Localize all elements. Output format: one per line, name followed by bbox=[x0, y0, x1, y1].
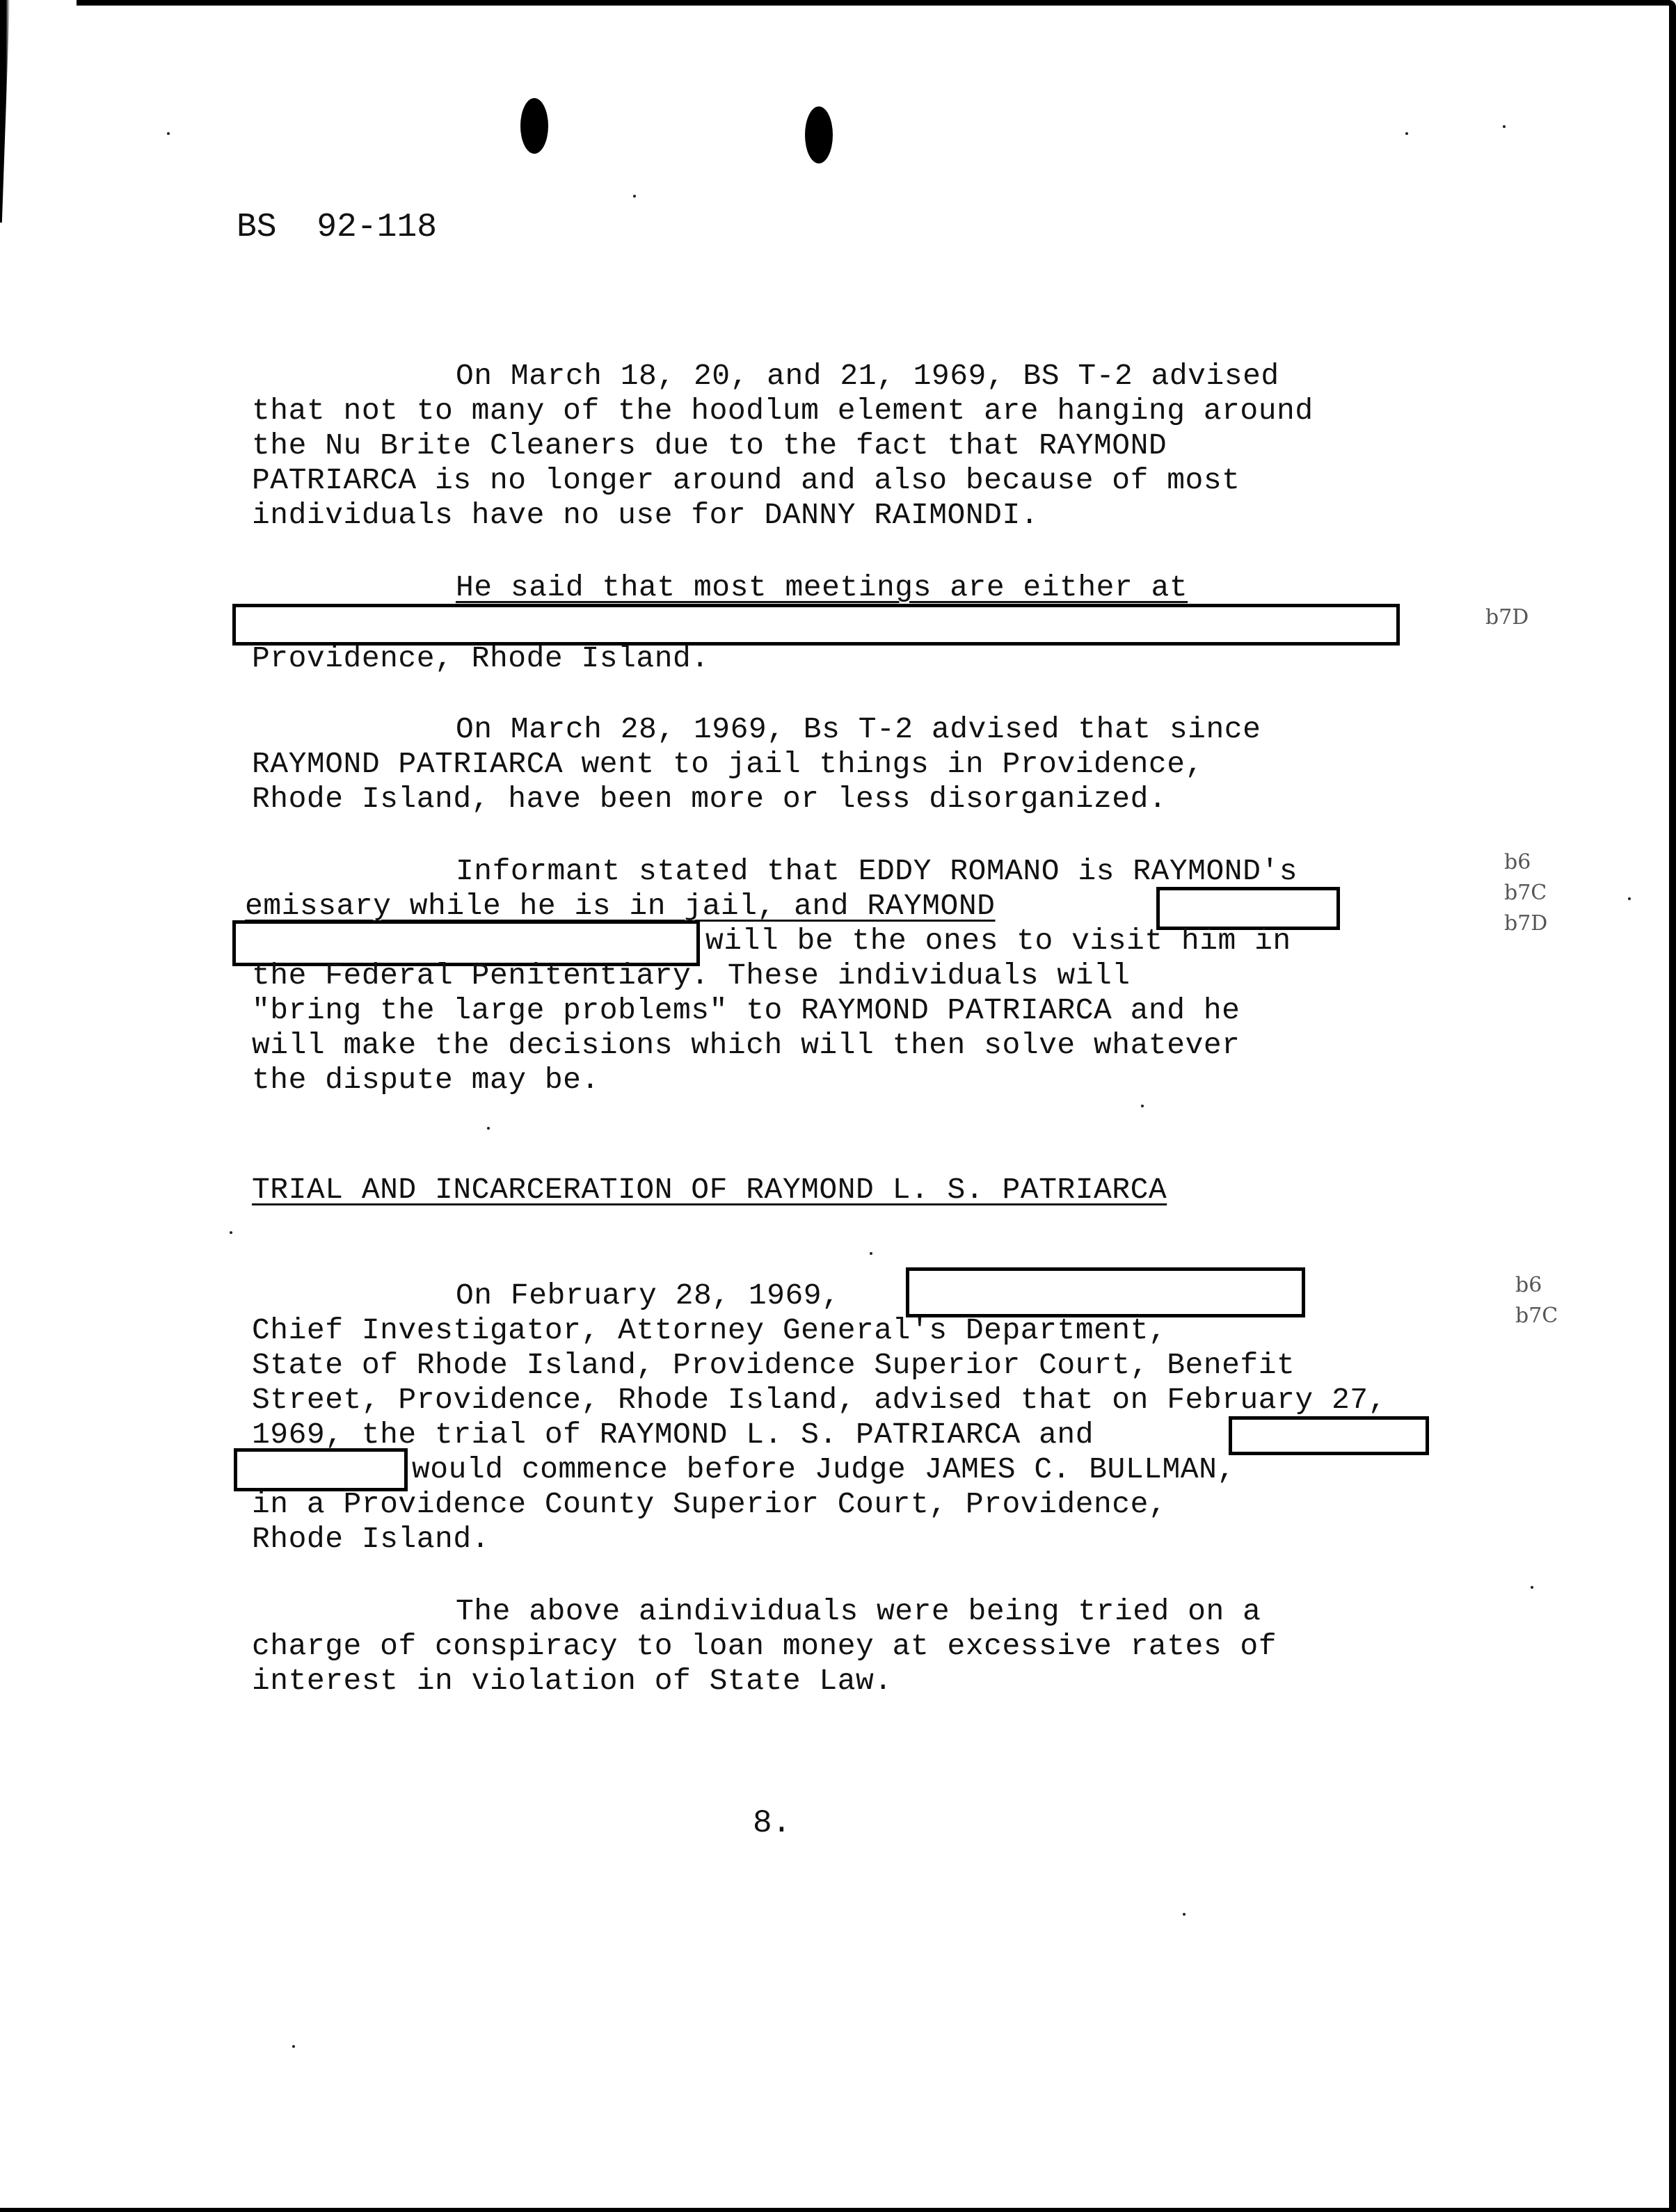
file-number: BS 92-118 bbox=[237, 209, 437, 246]
scan-edge-right bbox=[1669, 0, 1676, 2212]
section-heading: TRIAL AND INCARCERATION OF RAYMOND L. S.… bbox=[252, 1173, 1167, 1208]
paragraph-2-line-2: Providence, Rhode Island. bbox=[252, 641, 710, 676]
scan-speck bbox=[292, 2045, 295, 2048]
scan-speck bbox=[1141, 1105, 1144, 1107]
page-number: 8. bbox=[753, 1805, 791, 1841]
paragraph-4-line-2: emissary while he is in jail, and RAYMON… bbox=[245, 889, 995, 924]
redaction-box bbox=[232, 604, 1400, 646]
exemption-code-b6: b6 bbox=[1504, 847, 1531, 878]
paragraph-1-line-2: that not to many of the hoodlum element … bbox=[252, 394, 1314, 428]
redaction-box bbox=[234, 1448, 408, 1491]
paragraph-5-line-4: Street, Providence, Rhode Island, advise… bbox=[252, 1383, 1387, 1418]
exemption-code-b6: b6 bbox=[1515, 1270, 1542, 1301]
scan-speck bbox=[167, 132, 170, 135]
scan-speck bbox=[1503, 125, 1506, 128]
paragraph-5-line-6: would commence before Judge JAMES C. BUL… bbox=[412, 1452, 1236, 1487]
paragraph-5-line-1: On February 28, 1969, bbox=[456, 1279, 840, 1313]
paragraph-6-line-3: interest in violation of State Law. bbox=[252, 1664, 893, 1699]
scan-speck bbox=[230, 1231, 232, 1234]
scan-speck bbox=[633, 195, 636, 198]
scan-speck bbox=[487, 1127, 490, 1130]
scan-speck bbox=[1183, 1913, 1186, 1916]
paragraph-4-line-7: the dispute may be. bbox=[252, 1063, 600, 1098]
paragraph-6-line-2: charge of conspiracy to loan money at ex… bbox=[252, 1629, 1277, 1664]
scan-edge-bottom bbox=[0, 2208, 1676, 2212]
scan-speck bbox=[1628, 897, 1631, 900]
exemption-code-b7c: b7C bbox=[1504, 878, 1547, 908]
paragraph-2-line-1: He said that most meetings are either at bbox=[456, 570, 1188, 605]
scan-edge-left bbox=[0, 0, 10, 223]
punch-hole-left bbox=[520, 98, 548, 154]
paragraph-4-line-1: Informant stated that EDDY ROMANO is RAY… bbox=[456, 854, 1298, 889]
paragraph-5-line-8: Rhode Island. bbox=[252, 1522, 490, 1557]
scan-edge-top bbox=[77, 0, 1670, 6]
punch-hole-right bbox=[805, 106, 833, 163]
paragraph-5-line-7: in a Providence County Superior Court, P… bbox=[252, 1487, 1167, 1522]
paragraph-1-line-5: individuals have no use for DANNY RAIMON… bbox=[252, 498, 1039, 533]
paragraph-5-line-5: 1969, the trial of RAYMOND L. S. PATRIAR… bbox=[252, 1418, 1094, 1452]
scan-speck bbox=[1405, 132, 1408, 135]
scanned-page: BS 92-118 On March 18, 20, and 21, 1969,… bbox=[0, 0, 1676, 2212]
paragraph-4-line-6: will make the decisions which will then … bbox=[252, 1028, 1240, 1063]
paragraph-6-line-1: The above aindividuals were being tried … bbox=[456, 1594, 1261, 1629]
paragraph-4-line-4: the Federal Penitentiary. These individu… bbox=[252, 959, 1131, 993]
exemption-code-b7d: b7D bbox=[1485, 602, 1529, 633]
paragraph-3-line-3: Rhode Island, have been more or less dis… bbox=[252, 782, 1167, 817]
paragraph-3-line-2: RAYMOND PATRIARCA went to jail things in… bbox=[252, 747, 1204, 782]
paragraph-4-line-3: will be the ones to visit him in bbox=[705, 924, 1291, 959]
exemption-code-b7c: b7C bbox=[1515, 1301, 1558, 1331]
paragraph-1-line-1: On March 18, 20, and 21, 1969, BS T-2 ad… bbox=[456, 359, 1279, 394]
paragraph-1-line-3: the Nu Brite Cleaners due to the fact th… bbox=[252, 428, 1167, 463]
exemption-code-b7d: b7D bbox=[1504, 908, 1547, 939]
paragraph-5-line-3: State of Rhode Island, Providence Superi… bbox=[252, 1348, 1295, 1383]
redaction-box bbox=[906, 1267, 1305, 1317]
paragraph-5-line-2: Chief Investigator, Attorney General's D… bbox=[252, 1313, 1167, 1348]
paragraph-1-line-4: PATRIARCA is no longer around and also b… bbox=[252, 463, 1240, 498]
scan-speck bbox=[870, 1252, 872, 1255]
paragraph-3-line-1: On March 28, 1969, Bs T-2 advised that s… bbox=[456, 712, 1261, 747]
paragraph-4-line-5: "bring the large problems" to RAYMOND PA… bbox=[252, 993, 1240, 1028]
redaction-box bbox=[1229, 1416, 1429, 1455]
scan-speck bbox=[1531, 1586, 1533, 1589]
